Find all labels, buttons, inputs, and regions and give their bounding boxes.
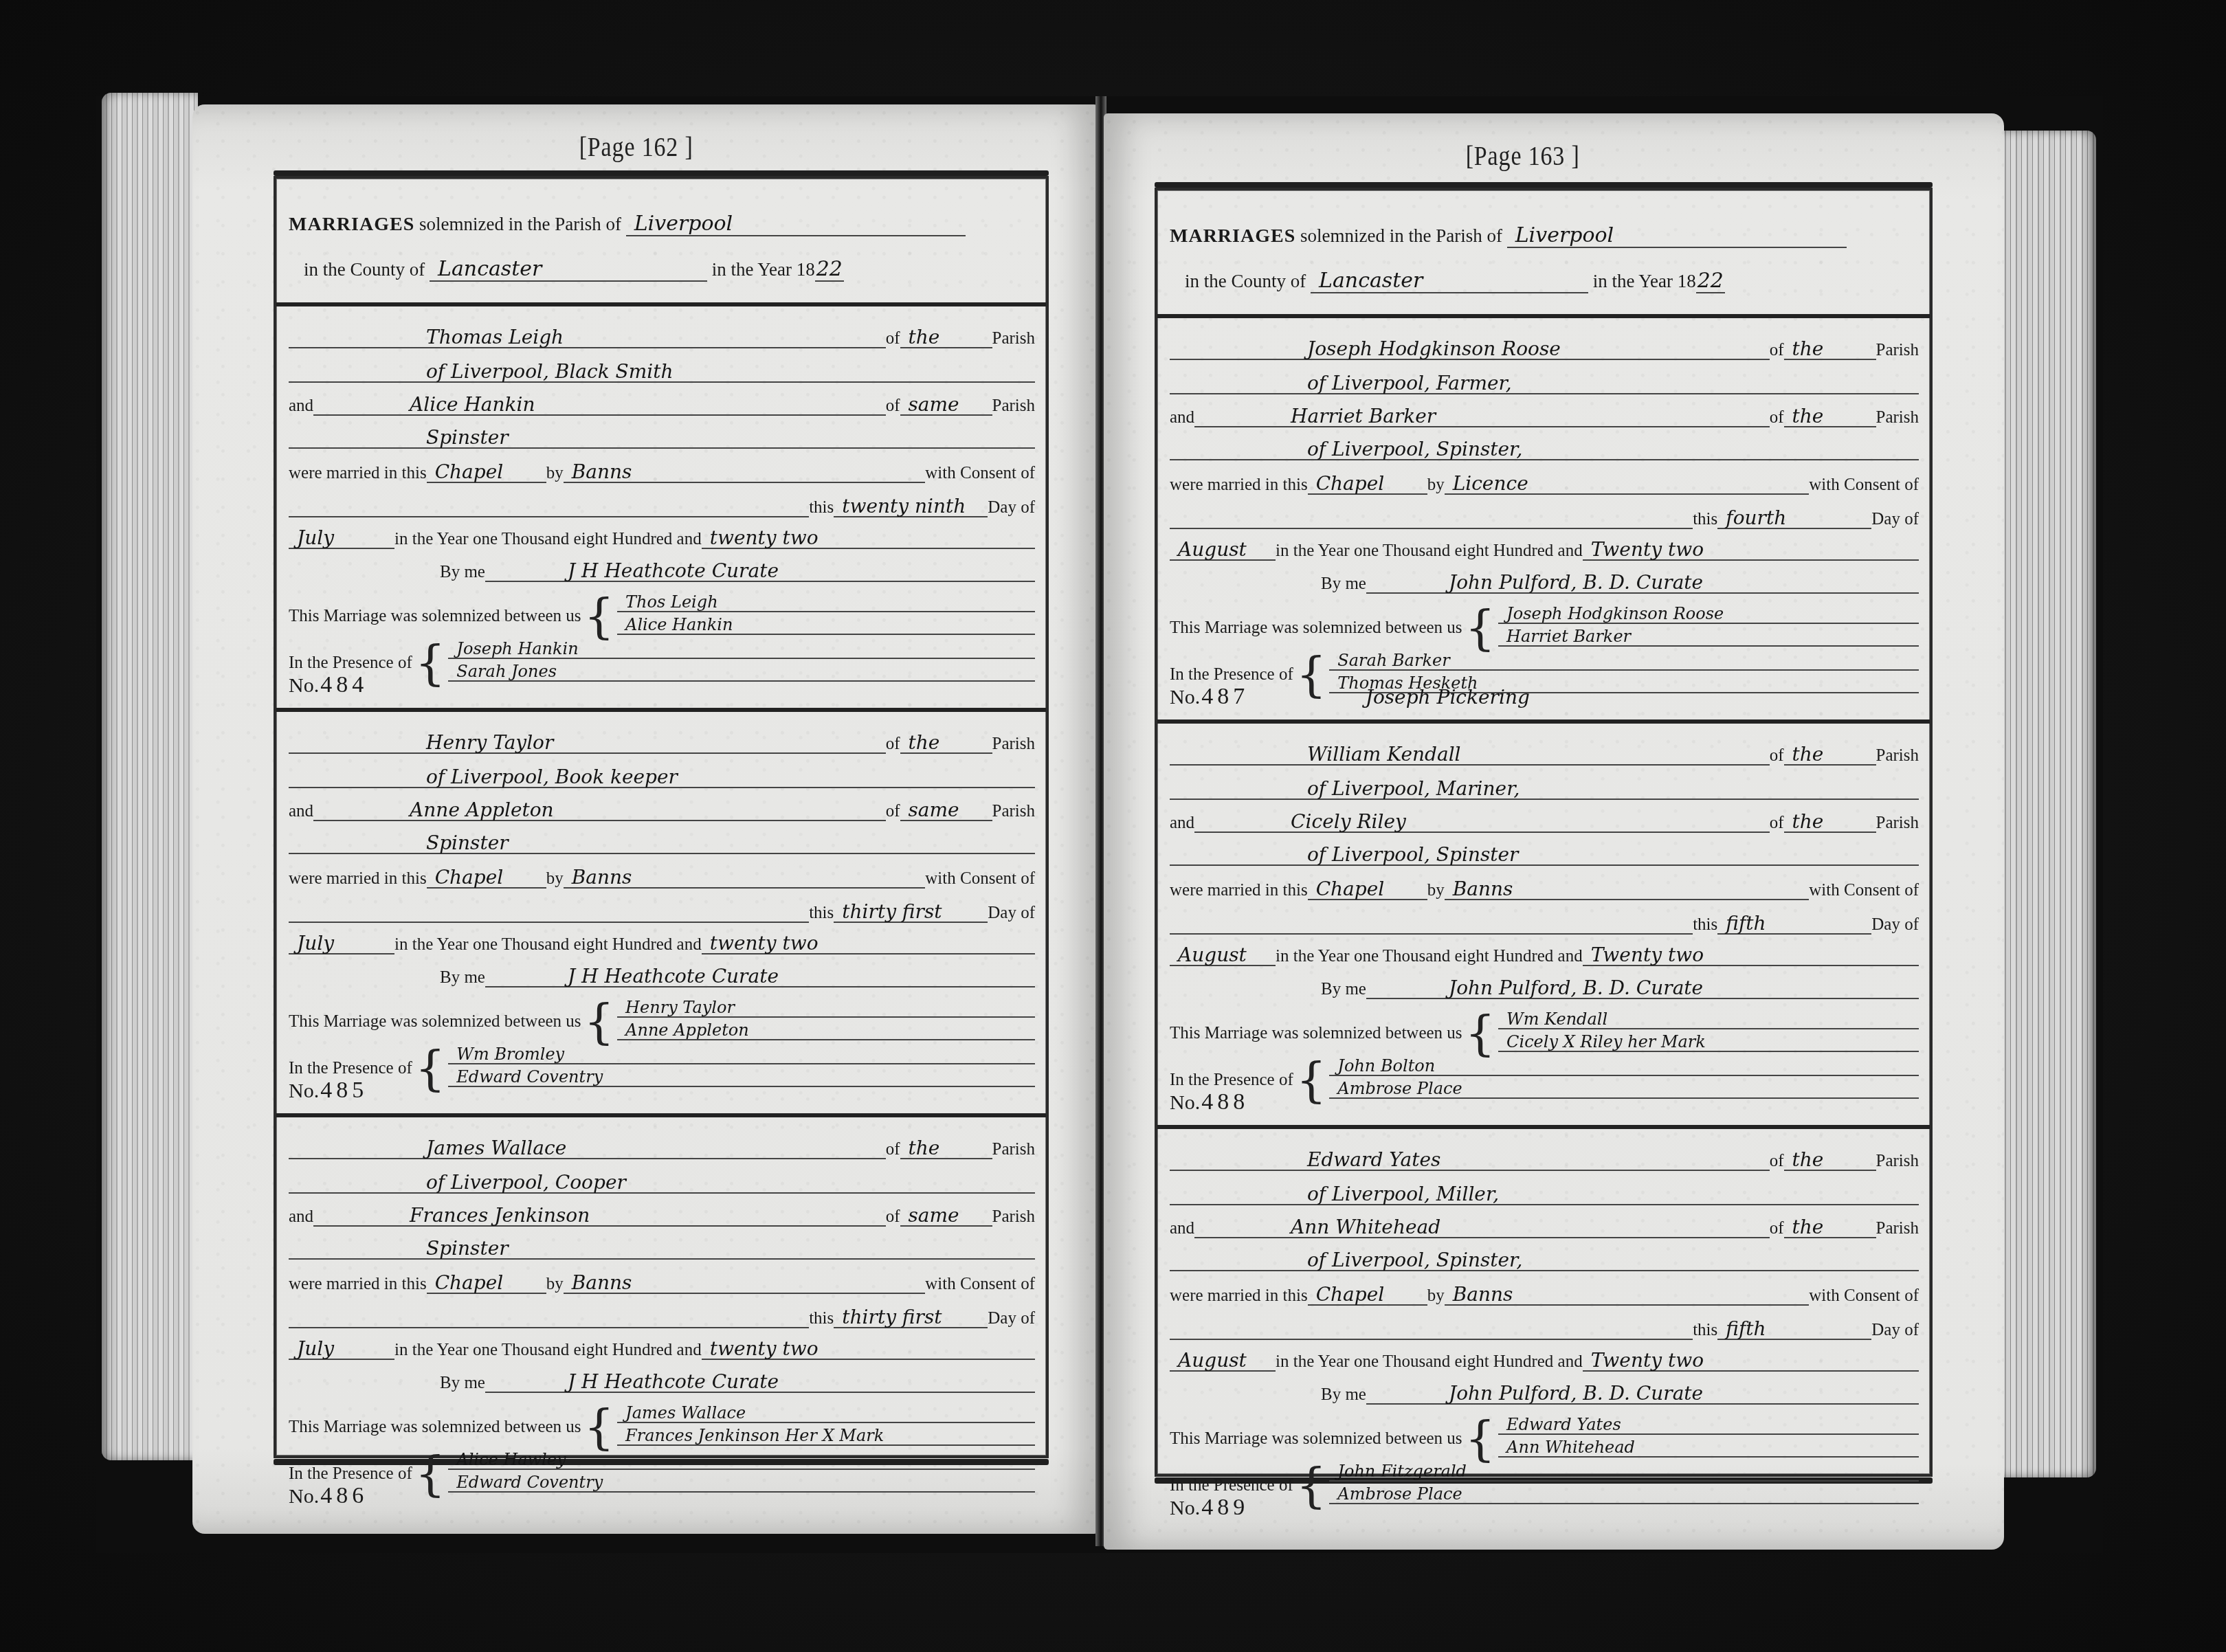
day-of-label: Day of — [988, 904, 1035, 923]
year-line-label: in the Year one Thousand eight Hundred a… — [394, 1341, 702, 1360]
bride-name: Cicely Riley — [1194, 812, 1770, 833]
bride-name: Alice Hankin — [313, 394, 886, 416]
witnesses: John Bolton Ambrose Place — [1329, 1058, 1919, 1103]
header-county-line: in the County of Lancaster in the Year 1… — [304, 258, 844, 282]
entry-number-value: 486 — [320, 1483, 368, 1508]
consent-label: with Consent of — [925, 869, 1035, 889]
groom-row: Thomas Leigh of the Parish — [289, 327, 1035, 348]
day-of-label: Day of — [1871, 915, 1919, 935]
groom-row: Edward Yates of the Parish — [1170, 1150, 1919, 1171]
month-field: August — [1170, 539, 1276, 561]
signatures-row: This Marriage was solemnized between us … — [1170, 605, 1919, 651]
method-field: Banns — [1445, 1284, 1810, 1306]
method-field: Banns — [564, 462, 926, 483]
groom-parish: the — [900, 733, 992, 754]
year-field: 22 — [1696, 270, 1725, 293]
groom-signature: James Wallace — [617, 1405, 1035, 1423]
this-label: this — [809, 498, 834, 517]
presence-label: In the Presence of — [1170, 1071, 1293, 1090]
witness-2: Ambrose Place — [1329, 1486, 1919, 1504]
year-words-field: Twenty two — [1583, 1350, 1919, 1372]
groom-parish: the — [1784, 339, 1876, 360]
no-label: No. — [1170, 1091, 1200, 1114]
married-label: were married in this — [1170, 881, 1308, 900]
of-label: of — [1770, 746, 1784, 766]
witnesses: Joseph Hankin Sarah Jones — [448, 640, 1035, 686]
consent-field — [1170, 933, 1693, 935]
bride-detail: Spinster — [289, 1238, 1035, 1260]
ceremony-row: were married in this Chapel by Banns wit… — [1170, 1284, 1919, 1306]
bride-parish: the — [1784, 812, 1876, 833]
groom-signature: Thos Leigh — [617, 594, 1035, 612]
year-line-label: in the Year one Thousand eight Hundred a… — [394, 935, 702, 955]
bride-row: and Frances Jenkinson of same Parish — [289, 1205, 1035, 1227]
ceremony-row: were married in this Chapel by Licence w… — [1170, 473, 1919, 495]
solemnized-label: This Marriage was solemnized between us — [289, 1012, 581, 1031]
of-label: of — [1770, 814, 1784, 833]
day-field: thirty first — [834, 902, 988, 923]
officiant-field: J H Heathcote Curate — [485, 561, 1035, 582]
extra-witness: Joseph Pickering — [1357, 687, 1538, 707]
bride-detail: Spinster — [289, 833, 1035, 854]
brace-icon: { — [584, 1413, 615, 1442]
and-label: and — [1170, 1219, 1194, 1238]
officiant-row: By me John Pulford, B. D. Curate — [1170, 572, 1919, 594]
register-header: MARRIAGES solemnized in the Parish of Li… — [276, 179, 1046, 306]
ceremony-row: were married in this Chapel by Banns wit… — [289, 867, 1035, 889]
marriage-entry: William Kendall of the Parish of Liverpo… — [1157, 724, 1930, 1129]
month-field: July — [289, 1339, 394, 1360]
by-label: by — [1427, 881, 1445, 900]
bride-parish: same — [900, 800, 992, 821]
consent-label: with Consent of — [1809, 476, 1919, 495]
place-field: Chapel — [427, 867, 546, 889]
bride-signature: Harriet Barker — [1498, 628, 1919, 647]
of-label: of — [886, 1207, 900, 1227]
year-row: August in the Year one Thousand eight Hu… — [1170, 1350, 1919, 1372]
presence-label: In the Presence of — [289, 654, 412, 673]
witness-1: Joseph Hankin — [448, 640, 1035, 659]
solemnized-label: This Marriage was solemnized between us — [289, 1418, 581, 1437]
day-row: this twenty ninth Day of — [289, 496, 1035, 517]
parish-field: Liverpool — [626, 213, 966, 236]
day-field: fourth — [1717, 508, 1871, 529]
consent-field — [1170, 528, 1693, 529]
year-words-field: twenty two — [702, 1339, 1035, 1360]
brace-icon: { — [1465, 1425, 1496, 1453]
day-field: fifth — [1717, 1319, 1871, 1340]
header-parish-line: MARRIAGES solemnized in the Parish of Li… — [1170, 225, 1847, 248]
entry-number-value: 487 — [1201, 684, 1249, 709]
top-rule — [1155, 182, 1933, 188]
signatures-row: This Marriage was solemnized between us … — [289, 594, 1035, 639]
entry-number-value: 488 — [1201, 1089, 1249, 1115]
bride-name: Frances Jenkinson — [313, 1205, 886, 1227]
officiant-field: John Pulford, B. D. Curate — [1366, 978, 1919, 999]
signatures: Henry Taylor Anne Appleton — [617, 999, 1035, 1045]
page-stack-right — [2000, 131, 2096, 1477]
bride-signature: Anne Appleton — [617, 1022, 1035, 1040]
bride-row: and Alice Hankin of same Parish — [289, 394, 1035, 416]
married-label: were married in this — [289, 869, 427, 889]
bride-detail: of Liverpool, Spinster — [1170, 845, 1919, 866]
officiant-row: By me John Pulford, B. D. Curate — [1170, 978, 1919, 999]
entry-number: No.489 — [1170, 1495, 1415, 1521]
header-county-line: in the County of Lancaster in the Year 1… — [1185, 270, 1725, 293]
by-me-label: By me — [1321, 980, 1366, 999]
by-me-label: By me — [440, 1374, 485, 1393]
groom-name: James Wallace — [289, 1138, 886, 1159]
bride-detail-row: Spinster — [289, 427, 1035, 449]
parish-field: Liverpool — [1507, 225, 1847, 248]
county-field: Lancaster — [1311, 270, 1588, 293]
method-field: Banns — [564, 867, 926, 889]
of-label: of — [886, 397, 900, 416]
witness-1: John Bolton — [1329, 1058, 1919, 1076]
register-page-right: [Page 163 ] MARRIAGES solemnized in the … — [1104, 113, 2004, 1550]
day-of-label: Day of — [988, 498, 1035, 517]
header-label: solemnized in the Parish of — [1300, 225, 1502, 246]
register-header: MARRIAGES solemnized in the Parish of Li… — [1157, 190, 1930, 318]
day-field: twenty ninth — [834, 496, 988, 517]
groom-detail: of Liverpool, Cooper — [289, 1172, 1035, 1194]
method-field: Banns — [564, 1273, 926, 1294]
bride-row: and Harriet Barker of the Parish — [1170, 406, 1919, 427]
solemnized-label: This Marriage was solemnized between us — [1170, 1429, 1462, 1449]
consent-label: with Consent of — [1809, 881, 1919, 900]
entry-number: No.485 — [289, 1078, 534, 1104]
register-frame: MARRIAGES solemnized in the Parish of Li… — [1155, 188, 1933, 1477]
officiant-row: By me J H Heathcote Curate — [289, 966, 1035, 987]
presence-label: In the Presence of — [1170, 665, 1293, 684]
parish-label: Parish — [1876, 814, 1919, 833]
groom-detail-row: of Liverpool, Miller, — [1170, 1184, 1919, 1205]
ceremony-row: were married in this Chapel by Banns wit… — [289, 1273, 1035, 1294]
consent-label: with Consent of — [925, 464, 1035, 483]
bride-detail: of Liverpool, Spinster, — [1170, 1250, 1919, 1271]
year-words-field: twenty two — [702, 528, 1035, 549]
this-label: this — [1693, 510, 1717, 529]
method-field: Licence — [1445, 473, 1810, 495]
by-label: by — [546, 869, 564, 889]
groom-detail: of Liverpool, Mariner, — [1170, 779, 1919, 800]
bride-parish: the — [1784, 406, 1876, 427]
entry-number-value: 485 — [320, 1078, 368, 1103]
marriage-entry: Joseph Hodgkinson Roose of the Parish of… — [1157, 318, 1930, 724]
groom-parish: the — [1784, 744, 1876, 766]
consent-field — [289, 516, 809, 517]
place-field: Chapel — [427, 1273, 546, 1294]
signatures-row: This Marriage was solemnized between us … — [1170, 1011, 1919, 1056]
page-number: [Page 162 ] — [579, 131, 693, 163]
by-me-label: By me — [440, 968, 485, 987]
month-field: July — [289, 933, 394, 955]
header-label: solemnized in the Parish of — [419, 214, 621, 234]
officiant-row: By me J H Heathcote Curate — [289, 1372, 1035, 1393]
this-label: this — [809, 1309, 834, 1328]
witness-2: Sarah Jones — [448, 663, 1035, 682]
solemnized-label: This Marriage was solemnized between us — [1170, 618, 1462, 638]
solemnized-label: This Marriage was solemnized between us — [1170, 1024, 1462, 1043]
signatures-row: This Marriage was solemnized between us … — [289, 999, 1035, 1045]
presence-label: In the Presence of — [289, 1464, 412, 1484]
year-row: July in the Year one Thousand eight Hund… — [289, 528, 1035, 549]
groom-detail: of Liverpool, Book keeper — [289, 767, 1035, 788]
day-field: fifth — [1717, 913, 1871, 935]
page-number: [Page 163 ] — [1466, 139, 1580, 172]
year-words-field: Twenty two — [1583, 945, 1919, 966]
officiant-field: J H Heathcote Curate — [485, 966, 1035, 987]
groom-signature: Henry Taylor — [617, 999, 1035, 1018]
by-me-label: By me — [440, 563, 485, 582]
bride-name: Anne Appleton — [313, 800, 886, 821]
groom-detail-row: of Liverpool, Cooper — [289, 1172, 1035, 1194]
of-label: of — [1770, 1152, 1784, 1171]
parish-label: Parish — [992, 735, 1036, 754]
bride-signature: Cicely X Riley her Mark — [1498, 1034, 1919, 1052]
bride-parish: same — [900, 394, 992, 416]
married-label: were married in this — [1170, 1286, 1308, 1306]
bride-parish: the — [1784, 1217, 1876, 1238]
officiant-field: John Pulford, B. D. Curate — [1366, 1383, 1919, 1405]
parish-label: Parish — [1876, 341, 1919, 360]
year-field: 22 — [815, 258, 844, 282]
no-label: No. — [1170, 1497, 1200, 1519]
of-label: of — [1770, 341, 1784, 360]
year-label: in the Year 18 — [712, 259, 815, 280]
consent-field — [1170, 1339, 1693, 1340]
groom-detail: of Liverpool, Black Smith — [289, 361, 1035, 383]
year-label: in the Year 18 — [1593, 271, 1696, 291]
day-row: this fifth Day of — [1170, 913, 1919, 935]
month-field: August — [1170, 945, 1276, 966]
header-parish-line: MARRIAGES solemnized in the Parish of Li… — [289, 213, 966, 236]
no-label: No. — [1170, 686, 1200, 708]
year-row: July in the Year one Thousand eight Hund… — [289, 1339, 1035, 1360]
parish-label: Parish — [1876, 1152, 1919, 1171]
marriage-entry: Thomas Leigh of the Parish of Liverpool,… — [276, 306, 1046, 712]
groom-parish: the — [1784, 1150, 1876, 1171]
groom-signature: Joseph Hodgkinson Roose — [1498, 605, 1919, 624]
month-field: July — [289, 528, 394, 549]
no-label: No. — [289, 1080, 319, 1102]
and-label: and — [1170, 814, 1194, 833]
groom-row: Henry Taylor of the Parish — [289, 733, 1035, 754]
signatures: Edward Yates Ann Whitehead — [1498, 1416, 1919, 1462]
entry-number: No.488 — [1170, 1089, 1415, 1115]
county-field: Lancaster — [430, 258, 707, 282]
this-label: this — [809, 904, 834, 923]
year-row: August in the Year one Thousand eight Hu… — [1170, 945, 1919, 966]
entry-number-value: 489 — [1201, 1495, 1249, 1520]
bride-detail-row: of Liverpool, Spinster, — [1170, 1250, 1919, 1271]
day-of-label: Day of — [1871, 510, 1919, 529]
witnesses: John Fitzgerald Ambrose Place — [1329, 1463, 1919, 1508]
day-row: this thirty first Day of — [289, 1307, 1035, 1328]
marriage-entry: James Wallace of the Parish of Liverpool… — [276, 1117, 1046, 1519]
witness-2: Edward Coventry — [448, 1069, 1035, 1087]
signatures: Wm Kendall Cicely X Riley her Mark — [1498, 1011, 1919, 1056]
place-field: Chapel — [1308, 473, 1427, 495]
page-stack-left — [102, 93, 198, 1460]
witness-1: Sarah Barker — [1329, 652, 1919, 671]
groom-detail-row: of Liverpool, Black Smith — [289, 361, 1035, 383]
entry-number: No.484 — [289, 672, 534, 698]
bride-detail: of Liverpool, Spinster, — [1170, 439, 1919, 460]
and-label: and — [1170, 408, 1194, 427]
married-label: were married in this — [1170, 476, 1308, 495]
day-row: this fifth Day of — [1170, 1319, 1919, 1340]
year-row: July in the Year one Thousand eight Hund… — [289, 933, 1035, 955]
signatures: James Wallace Frances Jenkinson Her X Ma… — [617, 1405, 1035, 1450]
groom-detail: of Liverpool, Miller, — [1170, 1184, 1919, 1205]
and-label: and — [289, 1207, 313, 1227]
bride-detail-row: of Liverpool, Spinster — [1170, 845, 1919, 866]
brace-icon: { — [1465, 1019, 1496, 1048]
header-title: MARRIAGES — [289, 214, 414, 235]
parish-label: Parish — [1876, 408, 1919, 427]
bride-signature: Frances Jenkinson Her X Mark — [617, 1427, 1035, 1446]
year-line-label: in the Year one Thousand eight Hundred a… — [1276, 947, 1583, 966]
of-label: of — [886, 735, 900, 754]
ceremony-row: were married in this Chapel by Banns wit… — [1170, 879, 1919, 900]
groom-row: William Kendall of the Parish — [1170, 744, 1919, 766]
day-of-label: Day of — [1871, 1321, 1919, 1340]
entry-number: No.486 — [289, 1483, 534, 1509]
by-label: by — [1427, 476, 1445, 495]
solemnized-label: This Marriage was solemnized between us — [289, 607, 581, 626]
by-label: by — [546, 1275, 564, 1294]
bride-row: and Cicely Riley of the Parish — [1170, 812, 1919, 833]
of-label: of — [1770, 1219, 1784, 1238]
year-line-label: in the Year one Thousand eight Hundred a… — [394, 530, 702, 549]
brace-icon: { — [584, 602, 615, 631]
witnesses: Alice Hawley Edward Coventry — [448, 1451, 1035, 1497]
officiant-field: John Pulford, B. D. Curate — [1366, 572, 1919, 594]
parish-label: Parish — [1876, 1219, 1919, 1238]
groom-name: Joseph Hodgkinson Roose — [1170, 339, 1770, 360]
day-row: this fourth Day of — [1170, 508, 1919, 529]
day-field: thirty first — [834, 1307, 988, 1328]
method-field: Banns — [1445, 879, 1810, 900]
parish-label: Parish — [992, 1207, 1036, 1227]
bride-row: and Ann Whitehead of the Parish — [1170, 1217, 1919, 1238]
bride-parish: same — [900, 1205, 992, 1227]
groom-detail-row: of Liverpool, Farmer, — [1170, 373, 1919, 394]
place-field: Chapel — [427, 462, 546, 483]
groom-row: Joseph Hodgkinson Roose of the Parish — [1170, 339, 1919, 360]
consent-field — [289, 1327, 809, 1328]
groom-name: Edward Yates — [1170, 1150, 1770, 1171]
groom-signature: Edward Yates — [1498, 1416, 1919, 1435]
bride-name: Harriet Barker — [1194, 406, 1770, 427]
by-me-label: By me — [1321, 1385, 1366, 1405]
county-label: in the County of — [1185, 271, 1306, 291]
day-of-label: Day of — [988, 1309, 1035, 1328]
entry-number-value: 484 — [320, 672, 368, 697]
bride-signature: Ann Whitehead — [1498, 1439, 1919, 1458]
consent-label: with Consent of — [925, 1275, 1035, 1294]
witness-1: John Fitzgerald — [1329, 1463, 1919, 1482]
and-label: and — [289, 397, 313, 416]
year-words-field: Twenty two — [1583, 539, 1919, 561]
year-line-label: in the Year one Thousand eight Hundred a… — [1276, 542, 1583, 561]
entry-number: No.487 Joseph Pickering — [1170, 684, 1538, 710]
groom-detail: of Liverpool, Farmer, — [1170, 373, 1919, 394]
no-label: No. — [289, 674, 319, 697]
groom-signature: Wm Kendall — [1498, 1011, 1919, 1029]
signatures: Thos Leigh Alice Hankin — [617, 594, 1035, 639]
married-label: were married in this — [289, 1275, 427, 1294]
groom-name: Thomas Leigh — [289, 327, 886, 348]
day-row: this thirty first Day of — [289, 902, 1035, 923]
witness-2: Ambrose Place — [1329, 1080, 1919, 1099]
register-frame: MARRIAGES solemnized in the Parish of Li… — [274, 176, 1049, 1458]
register-page-left: [Page 162 ] MARRIAGES solemnized in the … — [192, 104, 1098, 1534]
bride-detail-row: of Liverpool, Spinster, — [1170, 439, 1919, 460]
presence-label: In the Presence of — [289, 1059, 412, 1078]
county-label: in the County of — [304, 259, 425, 280]
signatures: Joseph Hodgkinson Roose Harriet Barker — [1498, 605, 1919, 651]
witness-2: Edward Coventry — [448, 1474, 1035, 1493]
officiant-field: J H Heathcote Curate — [485, 1372, 1035, 1393]
groom-name: Henry Taylor — [289, 733, 886, 754]
parish-label: Parish — [992, 1140, 1036, 1159]
bride-row: and Anne Appleton of same Parish — [289, 800, 1035, 821]
no-label: No. — [289, 1485, 319, 1508]
place-field: Chapel — [1308, 1284, 1427, 1306]
of-label: of — [1770, 408, 1784, 427]
groom-detail-row: of Liverpool, Book keeper — [289, 767, 1035, 788]
bride-detail-row: Spinster — [289, 833, 1035, 854]
bride-name: Ann Whitehead — [1194, 1217, 1770, 1238]
witness-1: Alice Hawley — [448, 1451, 1035, 1470]
brace-icon: { — [584, 1007, 615, 1036]
officiant-row: By me John Pulford, B. D. Curate — [1170, 1383, 1919, 1405]
of-label: of — [886, 1140, 900, 1159]
by-label: by — [1427, 1286, 1445, 1306]
of-label: of — [886, 802, 900, 821]
year-row: August in the Year one Thousand eight Hu… — [1170, 539, 1919, 561]
month-field: August — [1170, 1350, 1276, 1372]
groom-parish: the — [900, 327, 992, 348]
consent-label: with Consent of — [1809, 1286, 1919, 1306]
signatures-row: This Marriage was solemnized between us … — [289, 1405, 1035, 1450]
groom-parish: the — [900, 1138, 992, 1159]
groom-name: William Kendall — [1170, 744, 1770, 766]
married-label: were married in this — [289, 464, 427, 483]
marriage-entry: Edward Yates of the Parish of Liverpool,… — [1157, 1129, 1930, 1530]
this-label: this — [1693, 915, 1717, 935]
bride-signature: Alice Hankin — [617, 616, 1035, 635]
signatures-row: This Marriage was solemnized between us … — [1170, 1416, 1919, 1462]
ceremony-row: were married in this Chapel by Banns wit… — [289, 462, 1035, 483]
by-label: by — [546, 464, 564, 483]
year-line-label: in the Year one Thousand eight Hundred a… — [1276, 1352, 1583, 1372]
year-words-field: twenty two — [702, 933, 1035, 955]
bride-detail: Spinster — [289, 427, 1035, 449]
parish-label: Parish — [992, 329, 1036, 348]
parish-label: Parish — [1876, 746, 1919, 766]
parish-label: Parish — [992, 802, 1036, 821]
witness-1: Wm Bromley — [448, 1046, 1035, 1064]
consent-field — [289, 922, 809, 923]
presence-label: In the Presence of — [1170, 1476, 1293, 1495]
groom-row: James Wallace of the Parish — [289, 1138, 1035, 1159]
and-label: and — [289, 802, 313, 821]
this-label: this — [1693, 1321, 1717, 1340]
marriage-entry: Henry Taylor of the Parish of Liverpool,… — [276, 712, 1046, 1117]
